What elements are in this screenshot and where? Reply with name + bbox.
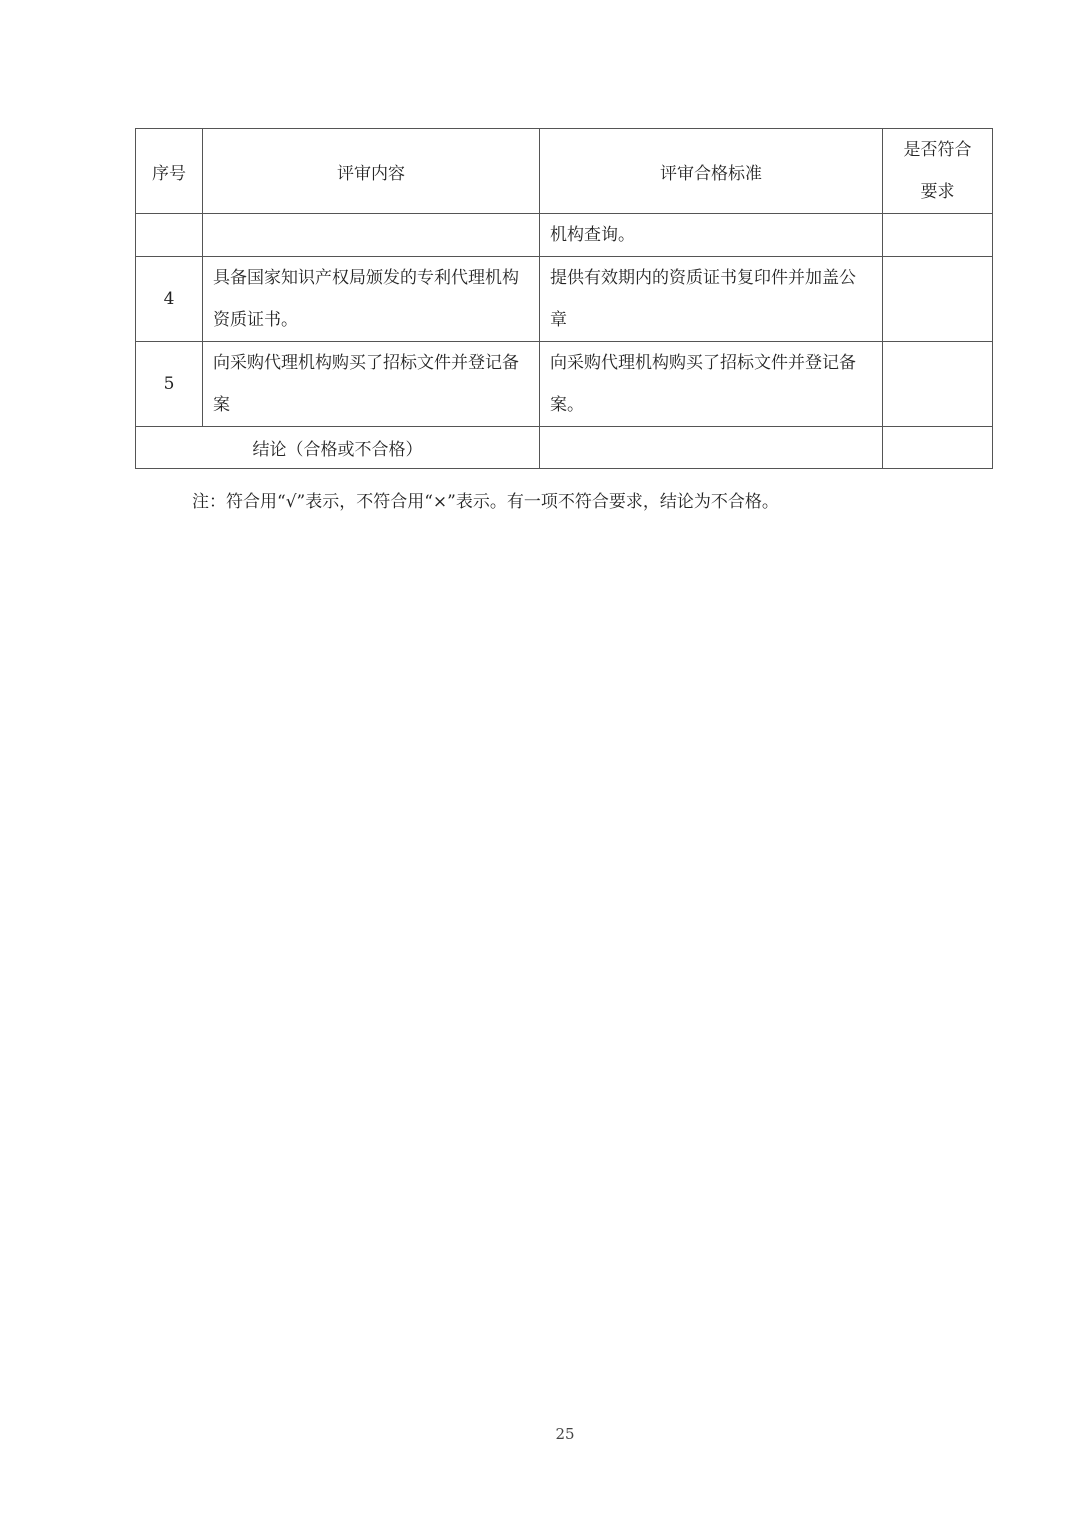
evaluation-table: 序号 评审内容 评审合格标准 是否符合 要求 机构查询。 4 具备国家知识产权局… [135,128,993,469]
header-compliant-line2: 要求 [883,171,992,213]
cell-standard: 向采购代理机构购买了招标文件并登记备案。 [540,342,883,427]
cell-standard: 提供有效期内的资质证书复印件并加盖公章 [540,257,883,342]
conclusion-label: 结论（合格或不合格） [136,427,540,469]
cell-standard: 机构查询。 [540,214,883,257]
page-number: 25 [0,1425,1080,1443]
cell-compliant [883,342,993,427]
table-row-continuation: 机构查询。 [136,214,993,257]
cell-no: 4 [136,257,203,342]
header-standard: 评审合格标准 [540,129,883,214]
table-note: 注：符合用“√”表示，不符合用“×”表示。有一项不符合要求，结论为不合格。 [192,487,779,512]
cell-compliant [883,214,993,257]
table-header-row: 序号 评审内容 评审合格标准 是否符合 要求 [136,129,993,214]
header-compliant-line1: 是否符合 [883,129,992,171]
cell-content [203,214,540,257]
conclusion-compliant [883,427,993,469]
cell-no [136,214,203,257]
cell-compliant [883,257,993,342]
header-compliant: 是否符合 要求 [883,129,993,214]
conclusion-standard [540,427,883,469]
cell-no: 5 [136,342,203,427]
header-content: 评审内容 [203,129,540,214]
table-row: 4 具备国家知识产权局颁发的专利代理机构资质证书。 提供有效期内的资质证书复印件… [136,257,993,342]
table-row-conclusion: 结论（合格或不合格） [136,427,993,469]
cell-content: 向采购代理机构购买了招标文件并登记备案 [203,342,540,427]
cell-content: 具备国家知识产权局颁发的专利代理机构资质证书。 [203,257,540,342]
table-row: 5 向采购代理机构购买了招标文件并登记备案 向采购代理机构购买了招标文件并登记备… [136,342,993,427]
header-no: 序号 [136,129,203,214]
